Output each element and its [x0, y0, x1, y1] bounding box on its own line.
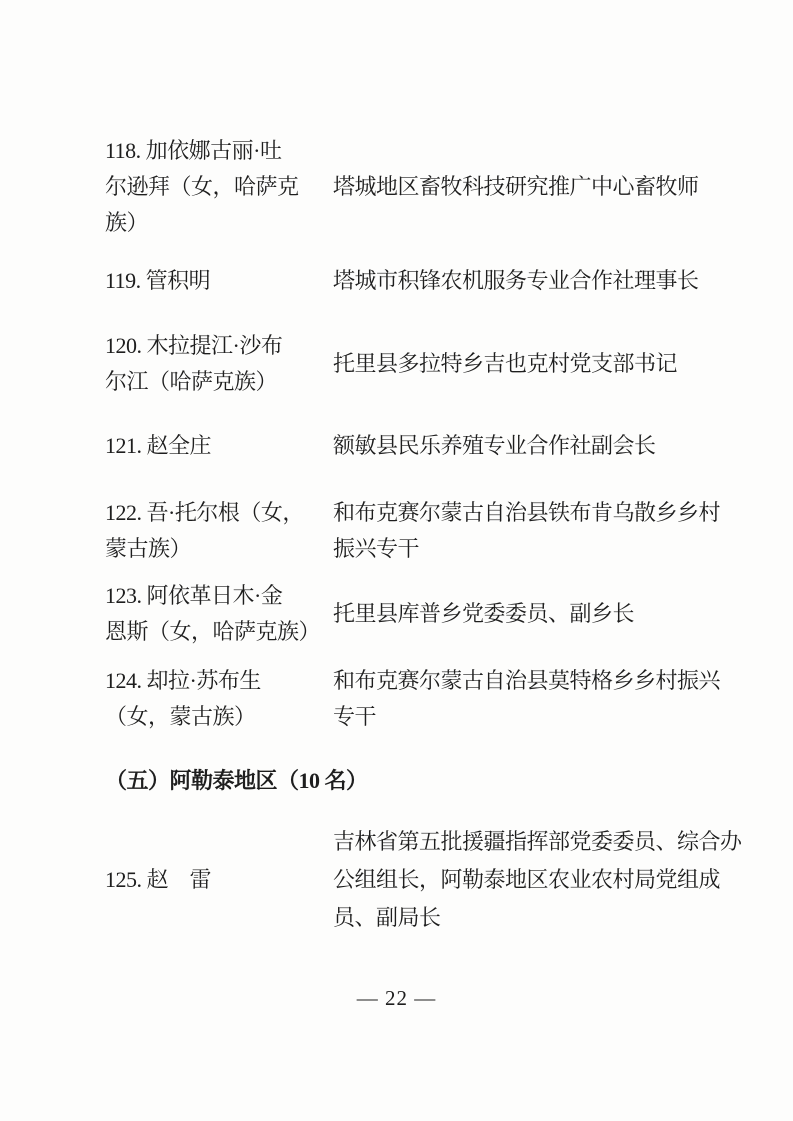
list-item: 120. 木拉提江·沙布 尔江（哈萨克族） 托里县多拉特乡吉也克村党支部书记	[105, 328, 743, 400]
list-item: 119. 管积明 塔城市积锋农机服务专业合作社理事长	[105, 263, 743, 299]
list-item: 121. 赵全庄 额敏县民乐养殖专业合作社副会长	[105, 428, 743, 464]
list-item: 123. 阿依革日木·金 恩斯（女，哈萨克族） 托里县库普乡党委委员、副乡长	[105, 578, 743, 650]
entry-name: 123. 阿依革日木·金 恩斯（女，哈萨克族）	[105, 578, 333, 650]
entry-position: 托里县库普乡党委委员、副乡长	[333, 596, 773, 632]
entry-name: 122. 吾·托尔根（女， 蒙古族）	[105, 495, 333, 567]
list-item: 124. 却拉·苏布生 （女，蒙古族） 和布克赛尔蒙古自治县莫特格乡乡村振兴 专…	[105, 663, 743, 735]
entry-position: 塔城地区畜牧科技研究推广中心畜牧师	[333, 169, 773, 205]
entry-position: 吉林省第五批援疆指挥部党委委员、综合办 公组组长，阿勒泰地区农业农村局党组成 员…	[333, 823, 773, 937]
page-number: — 22 —	[0, 982, 793, 1014]
entry-name: 125. 赵 雷	[105, 862, 333, 898]
list-item: 125. 赵 雷 吉林省第五批援疆指挥部党委委员、综合办 公组组长，阿勒泰地区农…	[105, 823, 743, 937]
list-item: 118. 加依娜古丽·吐 尔逊拜（女，哈萨克 族） 塔城地区畜牧科技研究推广中心…	[105, 133, 743, 241]
list-item: 122. 吾·托尔根（女， 蒙古族） 和布克赛尔蒙古自治县铁布肯乌散乡乡村 振兴…	[105, 495, 743, 567]
entry-position: 额敏县民乐养殖专业合作社副会长	[333, 428, 773, 464]
entry-name: 119. 管积明	[105, 263, 333, 299]
entry-position: 塔城市积锋农机服务专业合作社理事长	[333, 263, 773, 299]
page-content: 118. 加依娜古丽·吐 尔逊拜（女，哈萨克 族） 塔城地区畜牧科技研究推广中心…	[0, 0, 793, 937]
document-page: 118. 加依娜古丽·吐 尔逊拜（女，哈萨克 族） 塔城地区畜牧科技研究推广中心…	[0, 0, 793, 1121]
entry-position: 托里县多拉特乡吉也克村党支部书记	[333, 346, 773, 382]
entry-position: 和布克赛尔蒙古自治县莫特格乡乡村振兴 专干	[333, 663, 773, 735]
entry-name: 120. 木拉提江·沙布 尔江（哈萨克族）	[105, 328, 333, 400]
section-header: （五）阿勒泰地区（10 名）	[105, 763, 743, 799]
entry-name: 121. 赵全庄	[105, 428, 333, 464]
entry-position: 和布克赛尔蒙古自治县铁布肯乌散乡乡村 振兴专干	[333, 495, 773, 567]
entry-name: 118. 加依娜古丽·吐 尔逊拜（女，哈萨克 族）	[105, 133, 333, 241]
entry-name: 124. 却拉·苏布生 （女，蒙古族）	[105, 663, 333, 735]
